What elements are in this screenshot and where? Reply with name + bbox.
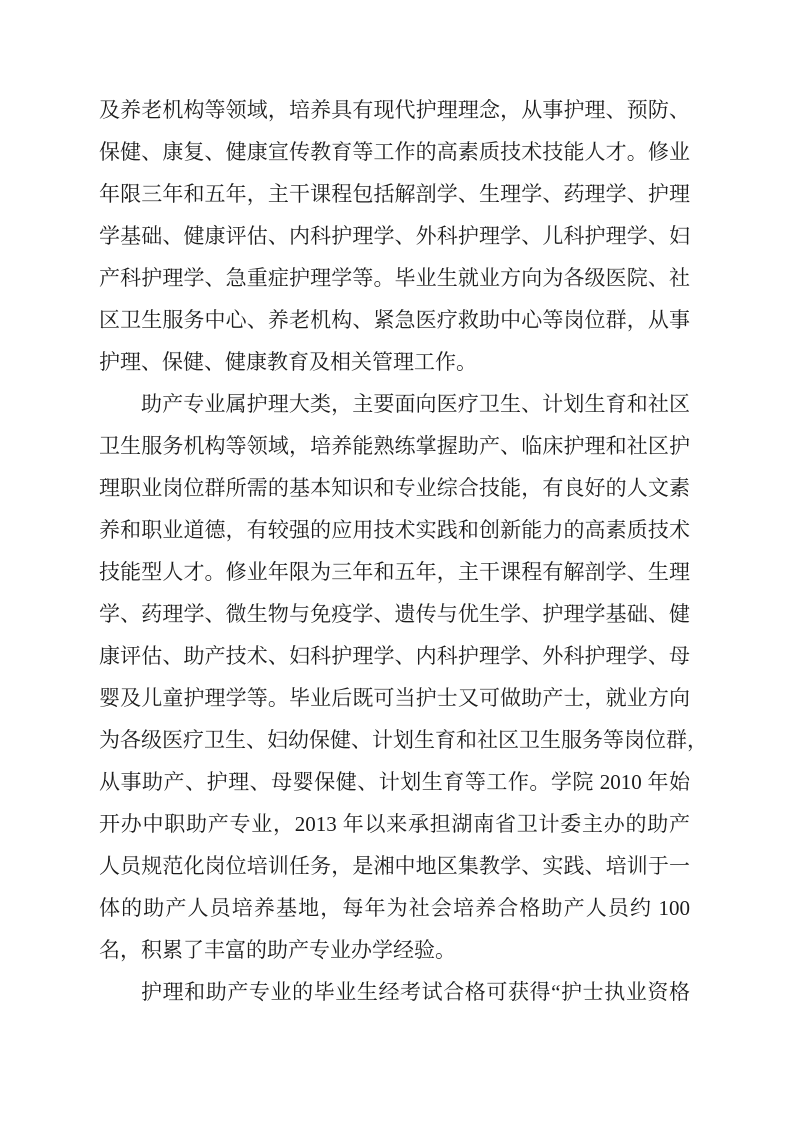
text-line: 名，积累了丰富的助产专业办学经验。 [99, 929, 690, 971]
paragraph-nursing-program: 及养老机构等领域，培养具有现代护理理念，从事护理、预防、保健、康复、健康宣传教育… [99, 89, 690, 383]
text-line: 保健、康复、健康宣传教育等工作的高素质技术技能人才。修业 [99, 131, 690, 173]
text-line: 学基础、健康评估、内科护理学、外科护理学、儿科护理学、妇 [99, 215, 690, 257]
text-line: 康评估、助产技术、妇科护理学、内科护理学、外科护理学、母 [99, 635, 690, 677]
text-line: 理职业岗位群所需的基本知识和专业综合技能，有良好的人文素 [99, 467, 690, 509]
text-line: 助产专业属护理大类，主要面向医疗卫生、计划生育和社区 [99, 383, 690, 425]
text-line: 区卫生服务中心、养老机构、紧急医疗救助中心等岗位群，从事 [99, 299, 690, 341]
text-line: 体的助产人员培养基地，每年为社会培养合格助产人员约 100 [99, 887, 690, 929]
text-line: 护理、保健、健康教育及相关管理工作。 [99, 341, 690, 383]
paragraph-midwifery-program: 助产专业属护理大类，主要面向医疗卫生、计划生育和社区卫生服务机构等领域，培养能熟… [99, 383, 690, 971]
text-line: 护理和助产专业的毕业生经考试合格可获得“护士执业资格 [99, 971, 690, 1013]
text-line: 为各级医疗卫生、妇幼保健、计划生育和社区卫生服务等岗位群， [99, 719, 690, 761]
text-line: 卫生服务机构等领域，培养能熟练掌握助产、临床护理和社区护 [99, 425, 690, 467]
document-text-block: 及养老机构等领域，培养具有现代护理理念，从事护理、预防、保健、康复、健康宣传教育… [99, 89, 690, 1013]
text-line: 开办中职助产专业，2013 年以来承担湖南省卫计委主办的助产 [99, 803, 690, 845]
text-line: 年限三年和五年，主干课程包括解剖学、生理学、药理学、护理 [99, 173, 690, 215]
text-line: 技能型人才。修业年限为三年和五年，主干课程有解剖学、生理 [99, 551, 690, 593]
text-line: 养和职业道德，有较强的应用技术实践和创新能力的高素质技术 [99, 509, 690, 551]
text-line: 及养老机构等领域，培养具有现代护理理念，从事护理、预防、 [99, 89, 690, 131]
paragraph-qualification: 护理和助产专业的毕业生经考试合格可获得“护士执业资格 [99, 971, 690, 1013]
document-page: 及养老机构等领域，培养具有现代护理理念，从事护理、预防、保健、康复、健康宣传教育… [0, 0, 793, 1122]
text-line: 婴及儿童护理学等。毕业后既可当护士又可做助产士，就业方向 [99, 677, 690, 719]
text-line: 学、药理学、微生物与免疫学、遗传与优生学、护理学基础、健 [99, 593, 690, 635]
text-line: 产科护理学、急重症护理学等。毕业生就业方向为各级医院、社 [99, 257, 690, 299]
text-line: 从事助产、护理、母婴保健、计划生育等工作。学院 2010 年始 [99, 761, 690, 803]
text-line: 人员规范化岗位培训任务，是湘中地区集教学、实践、培训于一 [99, 845, 690, 887]
